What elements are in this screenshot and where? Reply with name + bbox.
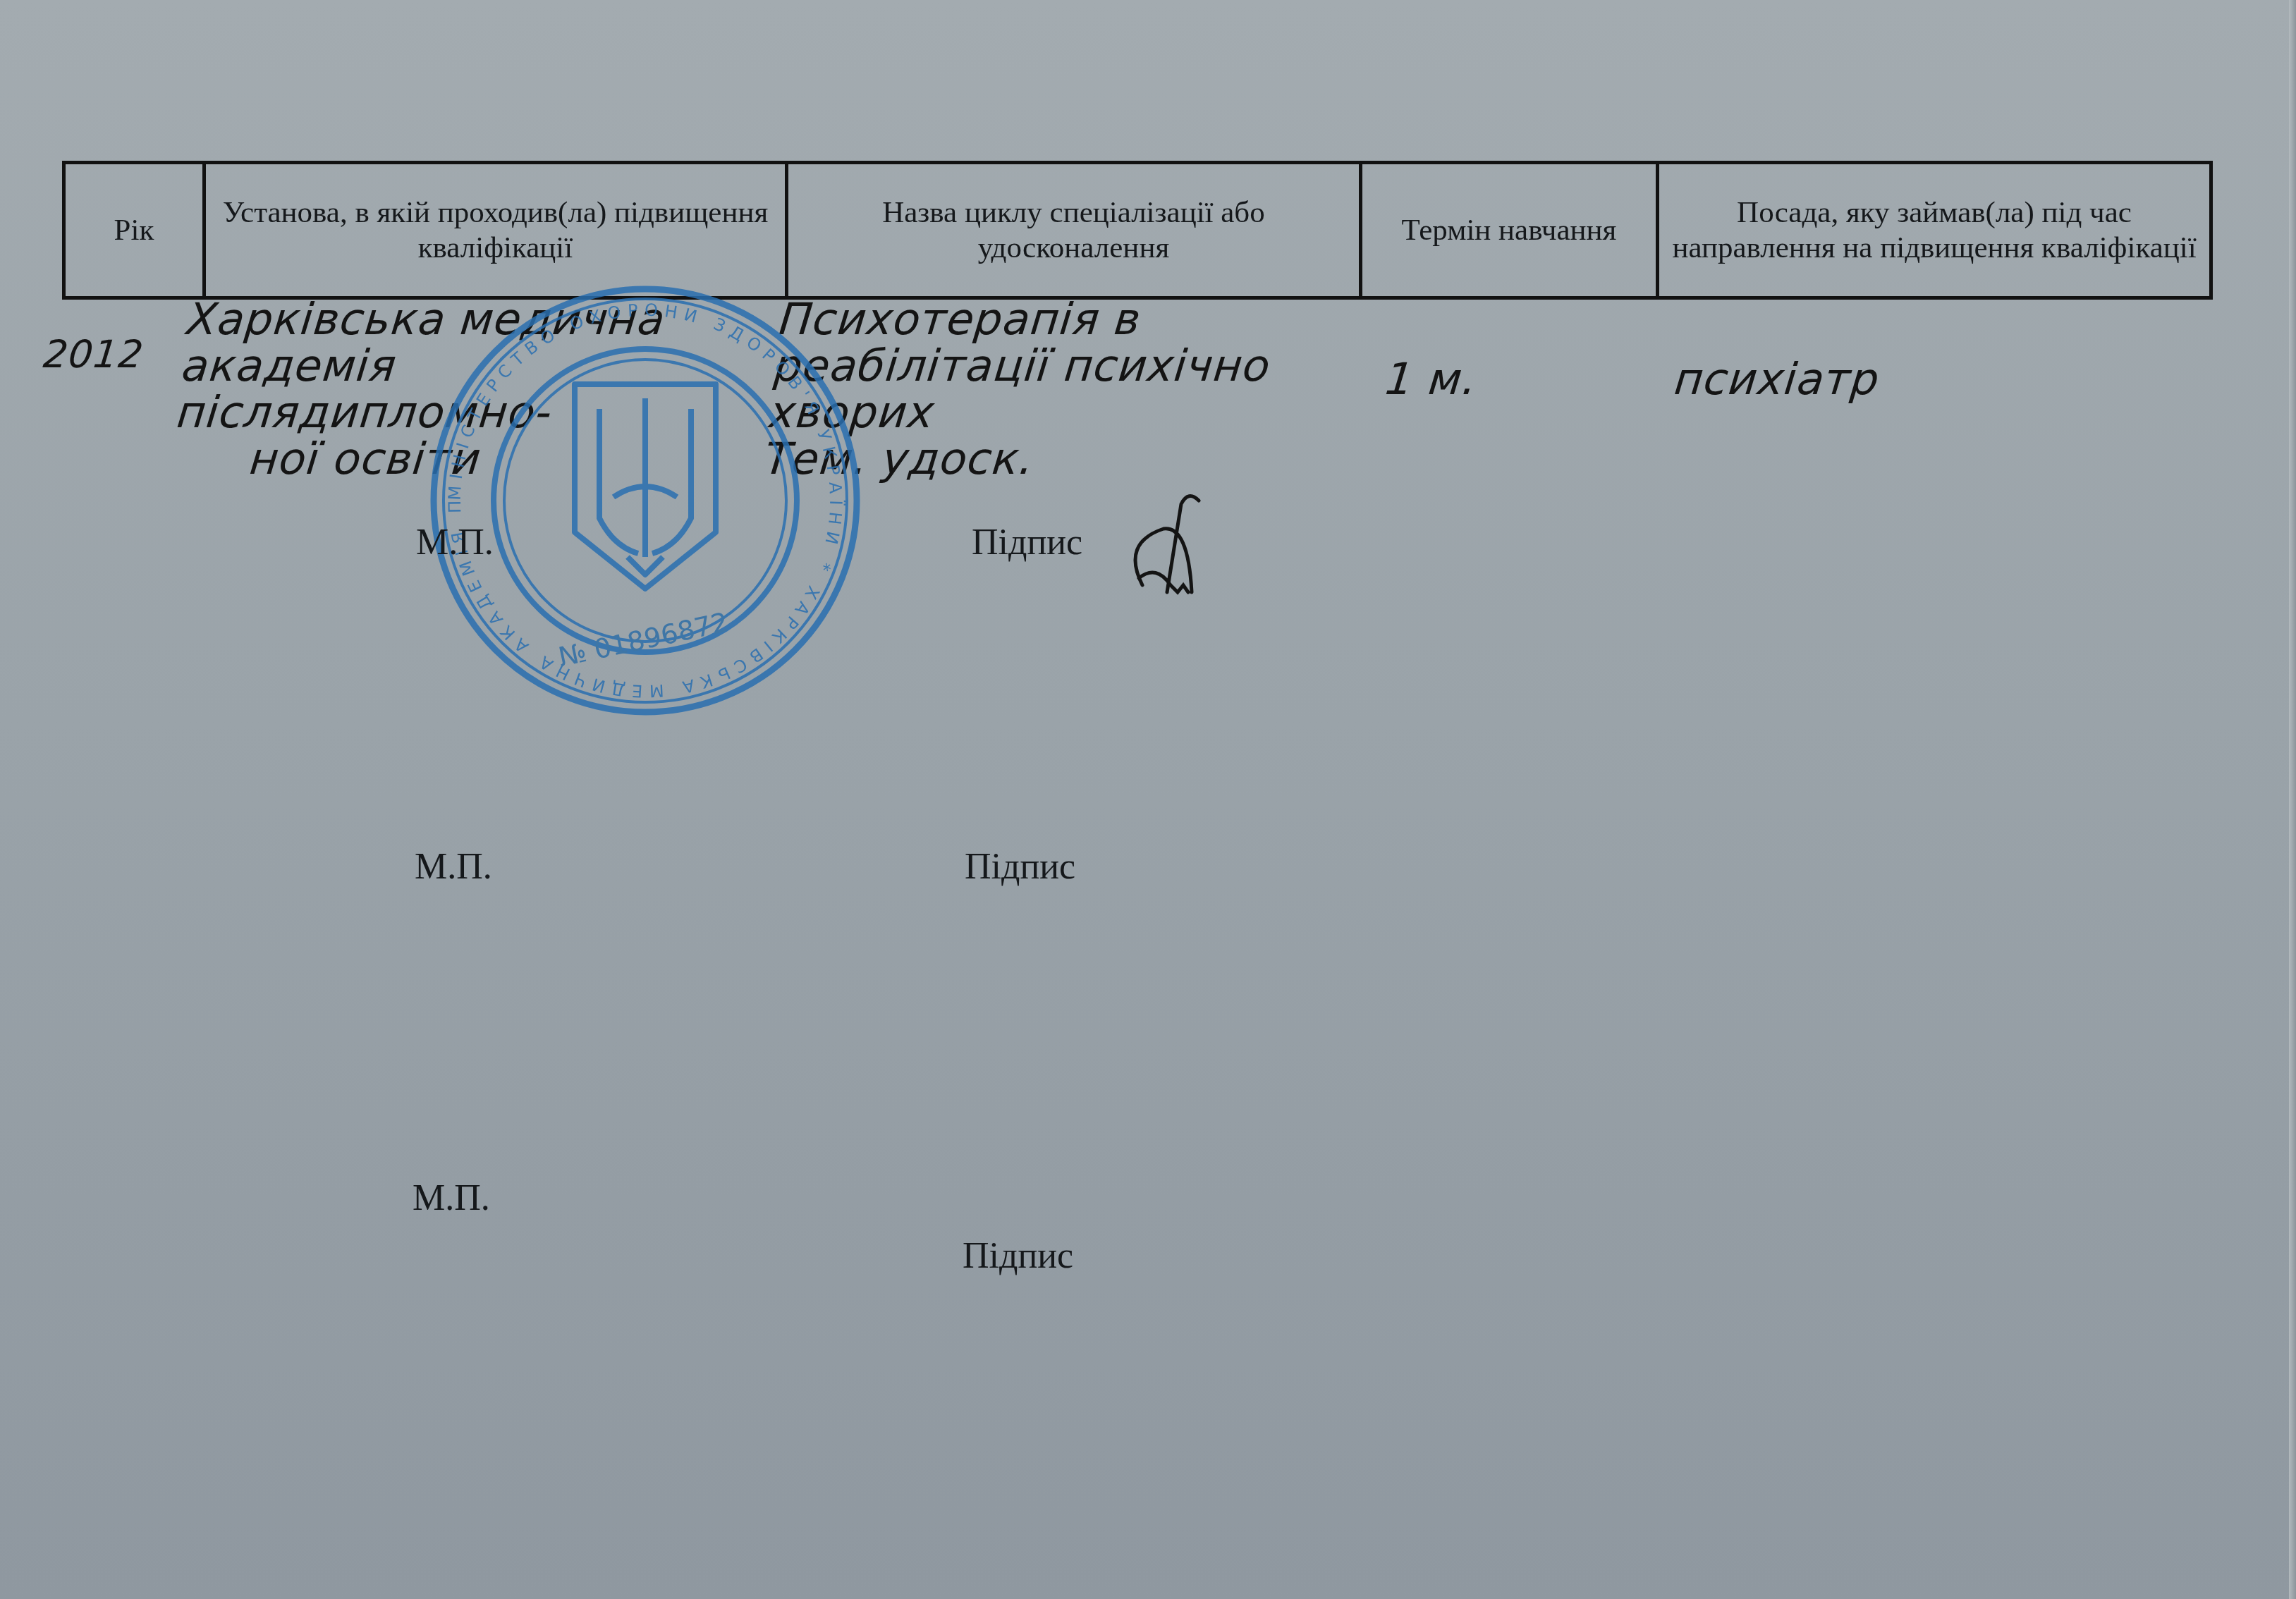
header-position: Посада, яку займав(ла) під час направлен… <box>1658 163 2211 298</box>
entry-year: 2012 <box>42 331 146 378</box>
trident-icon <box>575 384 716 589</box>
stamp-label: М.П. <box>416 522 494 563</box>
header-term: Термін навчання <box>1361 163 1658 298</box>
official-stamp: МІНІСТЕРСТВО ОХОРОНИ ЗДОРОВ'Я УКРАЇНИ * … <box>423 278 867 723</box>
entry-position: психіатр <box>1673 356 1882 403</box>
document-page: Рік Установа, в якій проходив(ла) підвищ… <box>0 0 2289 1599</box>
stamp-number: № 01896872 <box>556 606 731 673</box>
handwritten-signature <box>1121 486 1220 606</box>
signature-label: Підпис <box>972 522 1082 563</box>
header-year: Рік <box>64 163 204 298</box>
entry-term: 1 м. <box>1384 356 1480 403</box>
header-institution: Установа, в якій проходив(ла) підвищення… <box>204 163 787 298</box>
qualification-table-header: Рік Установа, в якій проходив(ла) підвищ… <box>62 161 2213 300</box>
paper-edge <box>2289 0 2296 1599</box>
stamp-label: М.П. <box>415 846 492 888</box>
stamp-label: М.П. <box>413 1177 490 1219</box>
signature-label: Підпис <box>965 846 1075 888</box>
header-cycle: Назва циклу спеціалізації або удосконале… <box>787 163 1361 298</box>
signature-label: Підпис <box>963 1235 1073 1277</box>
